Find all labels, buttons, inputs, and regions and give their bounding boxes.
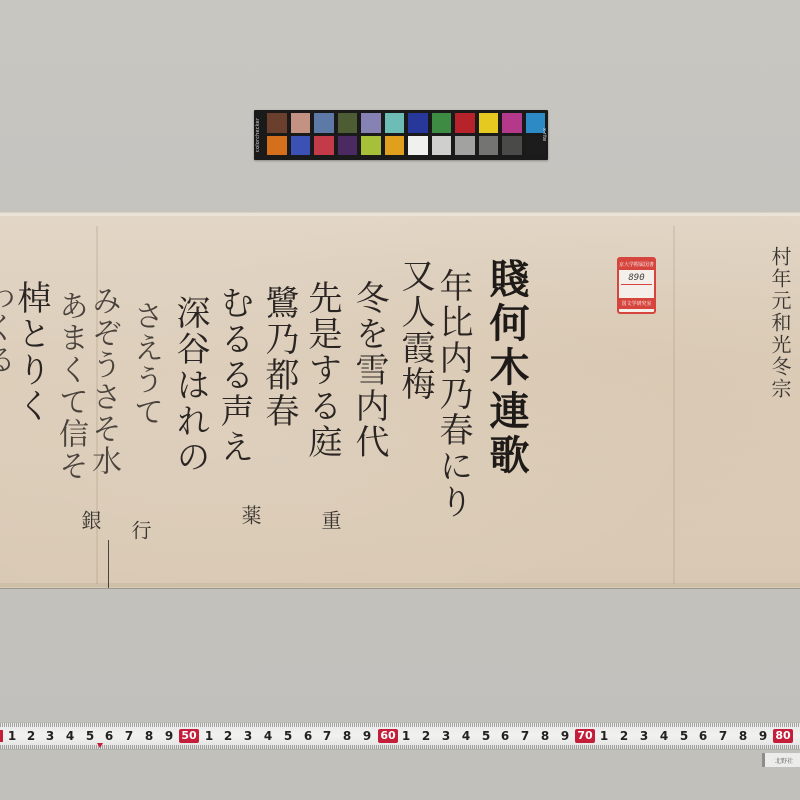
label-bottom-band: 国文学研究室	[619, 298, 654, 309]
color-swatch	[408, 136, 428, 156]
ruler-mark: 4	[456, 729, 476, 743]
ruler-mark: 8	[337, 729, 357, 743]
calligraphy-column: 年比内乃春にり	[436, 268, 470, 520]
ruler-mark: 4	[60, 729, 80, 743]
label-top-band: 東京大学附属図書館	[619, 259, 654, 270]
color-checker-card: colorchecker x-rite	[254, 110, 548, 160]
ruler-ticks-bottom	[0, 745, 800, 749]
color-swatch	[432, 136, 452, 156]
calligraphy-column: さえうて	[130, 300, 160, 428]
color-swatch	[408, 113, 428, 133]
color-swatch	[479, 136, 499, 156]
color-swatch	[291, 113, 311, 133]
ruler-mark: 5	[674, 729, 694, 743]
credit-label: 北野社	[762, 753, 800, 767]
ruler-mark: 9	[555, 729, 575, 743]
calligraphy-column: 深谷はれの	[173, 295, 207, 475]
ruler-mark: 1	[199, 729, 219, 743]
ruler-mark: 5	[476, 729, 496, 743]
poet-signature: 薬	[240, 505, 260, 527]
paper-bottom-edge	[0, 583, 800, 587]
ruler-mark: 5	[80, 729, 100, 743]
catalog-number: 890	[621, 271, 652, 285]
color-swatch	[267, 113, 287, 133]
calligraphy-column: わくる	[0, 280, 12, 376]
library-catalog-label: 東京大学附属図書館 890 国文学研究室	[617, 257, 656, 314]
poet-signature: 銀	[80, 510, 100, 532]
document-title: 賤何木連歌	[486, 258, 526, 478]
ink-line	[108, 540, 109, 588]
ruler-mark: 1	[396, 729, 416, 743]
measuring-ruler: 1234567895012345678960123456789701234567…	[0, 722, 800, 750]
poet-signature: 重	[320, 510, 340, 532]
color-swatch	[338, 136, 358, 156]
color-swatch	[502, 136, 522, 156]
ruler-mark: 6	[99, 729, 119, 743]
color-swatch	[314, 136, 334, 156]
color-swatch	[479, 113, 499, 133]
color-swatch	[385, 113, 405, 133]
ruler-mark: 4	[654, 729, 674, 743]
ruler-major-mark: 80	[773, 729, 793, 743]
ruler-mark: 8	[139, 729, 159, 743]
ruler-mark: 2	[614, 729, 634, 743]
calligraphy-column: あまくて信そ	[55, 290, 85, 482]
calligraphy-column: 棹とりく	[14, 280, 48, 424]
ruler-mark: 2	[21, 729, 41, 743]
ruler-major-mark: 70	[575, 729, 595, 743]
ruler-mark: 3	[436, 729, 456, 743]
ruler-mark: 9	[159, 729, 179, 743]
calligraphy-column: 鷺乃都春	[262, 285, 296, 429]
paper-fold-line	[673, 226, 675, 584]
ruler-mark: 4	[258, 729, 278, 743]
color-swatch	[361, 136, 381, 156]
ruler-pointer-icon	[97, 743, 103, 748]
color-swatch	[455, 113, 475, 133]
ruler-mark: 6	[298, 729, 318, 743]
ruler-mark: 1	[2, 729, 22, 743]
ruler-mark: 7	[317, 729, 337, 743]
calligraphy-column: むるる声え	[217, 285, 251, 465]
color-swatch	[267, 136, 287, 156]
xrite-logo: x-rite	[537, 114, 547, 156]
ruler-mark: 5	[278, 729, 298, 743]
color-swatch	[455, 136, 475, 156]
ruler-mark: 8	[535, 729, 555, 743]
ruler-mark: 9	[753, 729, 773, 743]
ruler-mark: 1	[594, 729, 614, 743]
ruler-mark: 7	[515, 729, 535, 743]
calligraphy-column: 先是する庭	[305, 280, 339, 460]
ruler-mark: 7	[713, 729, 733, 743]
poet-signature: 行	[130, 520, 150, 542]
right-annotation: 村年元和光冬宗	[770, 246, 790, 400]
calligraphy-column: 又人霞梅	[398, 258, 432, 402]
ruler-mark: 3	[238, 729, 258, 743]
color-swatch	[432, 113, 452, 133]
color-swatch	[338, 113, 358, 133]
color-swatch	[361, 113, 381, 133]
ruler-mark: 6	[495, 729, 515, 743]
checker-brand-label: colorchecker	[255, 114, 265, 156]
ruler-mark: 2	[416, 729, 436, 743]
ruler-mark: 3	[40, 729, 60, 743]
color-swatch	[502, 113, 522, 133]
ruler-major-mark: 60	[378, 729, 398, 743]
ruler-major-mark: 50	[179, 729, 199, 743]
ruler-mark: 8	[733, 729, 753, 743]
color-swatch	[291, 136, 311, 156]
ruler-mark: 7	[119, 729, 139, 743]
label-blank-field	[621, 286, 652, 298]
ruler-mark: 6	[693, 729, 713, 743]
color-swatch	[314, 113, 334, 133]
ruler-mark: 2	[218, 729, 238, 743]
ruler-mark: 9	[357, 729, 377, 743]
calligraphy-column: 冬を雪内代	[352, 280, 386, 460]
calligraphy-column: みぞうさそ水	[88, 285, 118, 477]
color-swatch	[385, 136, 405, 156]
swatch-grid	[267, 113, 545, 155]
ruler-ticks-top	[0, 723, 800, 727]
ruler-mark: 3	[634, 729, 654, 743]
